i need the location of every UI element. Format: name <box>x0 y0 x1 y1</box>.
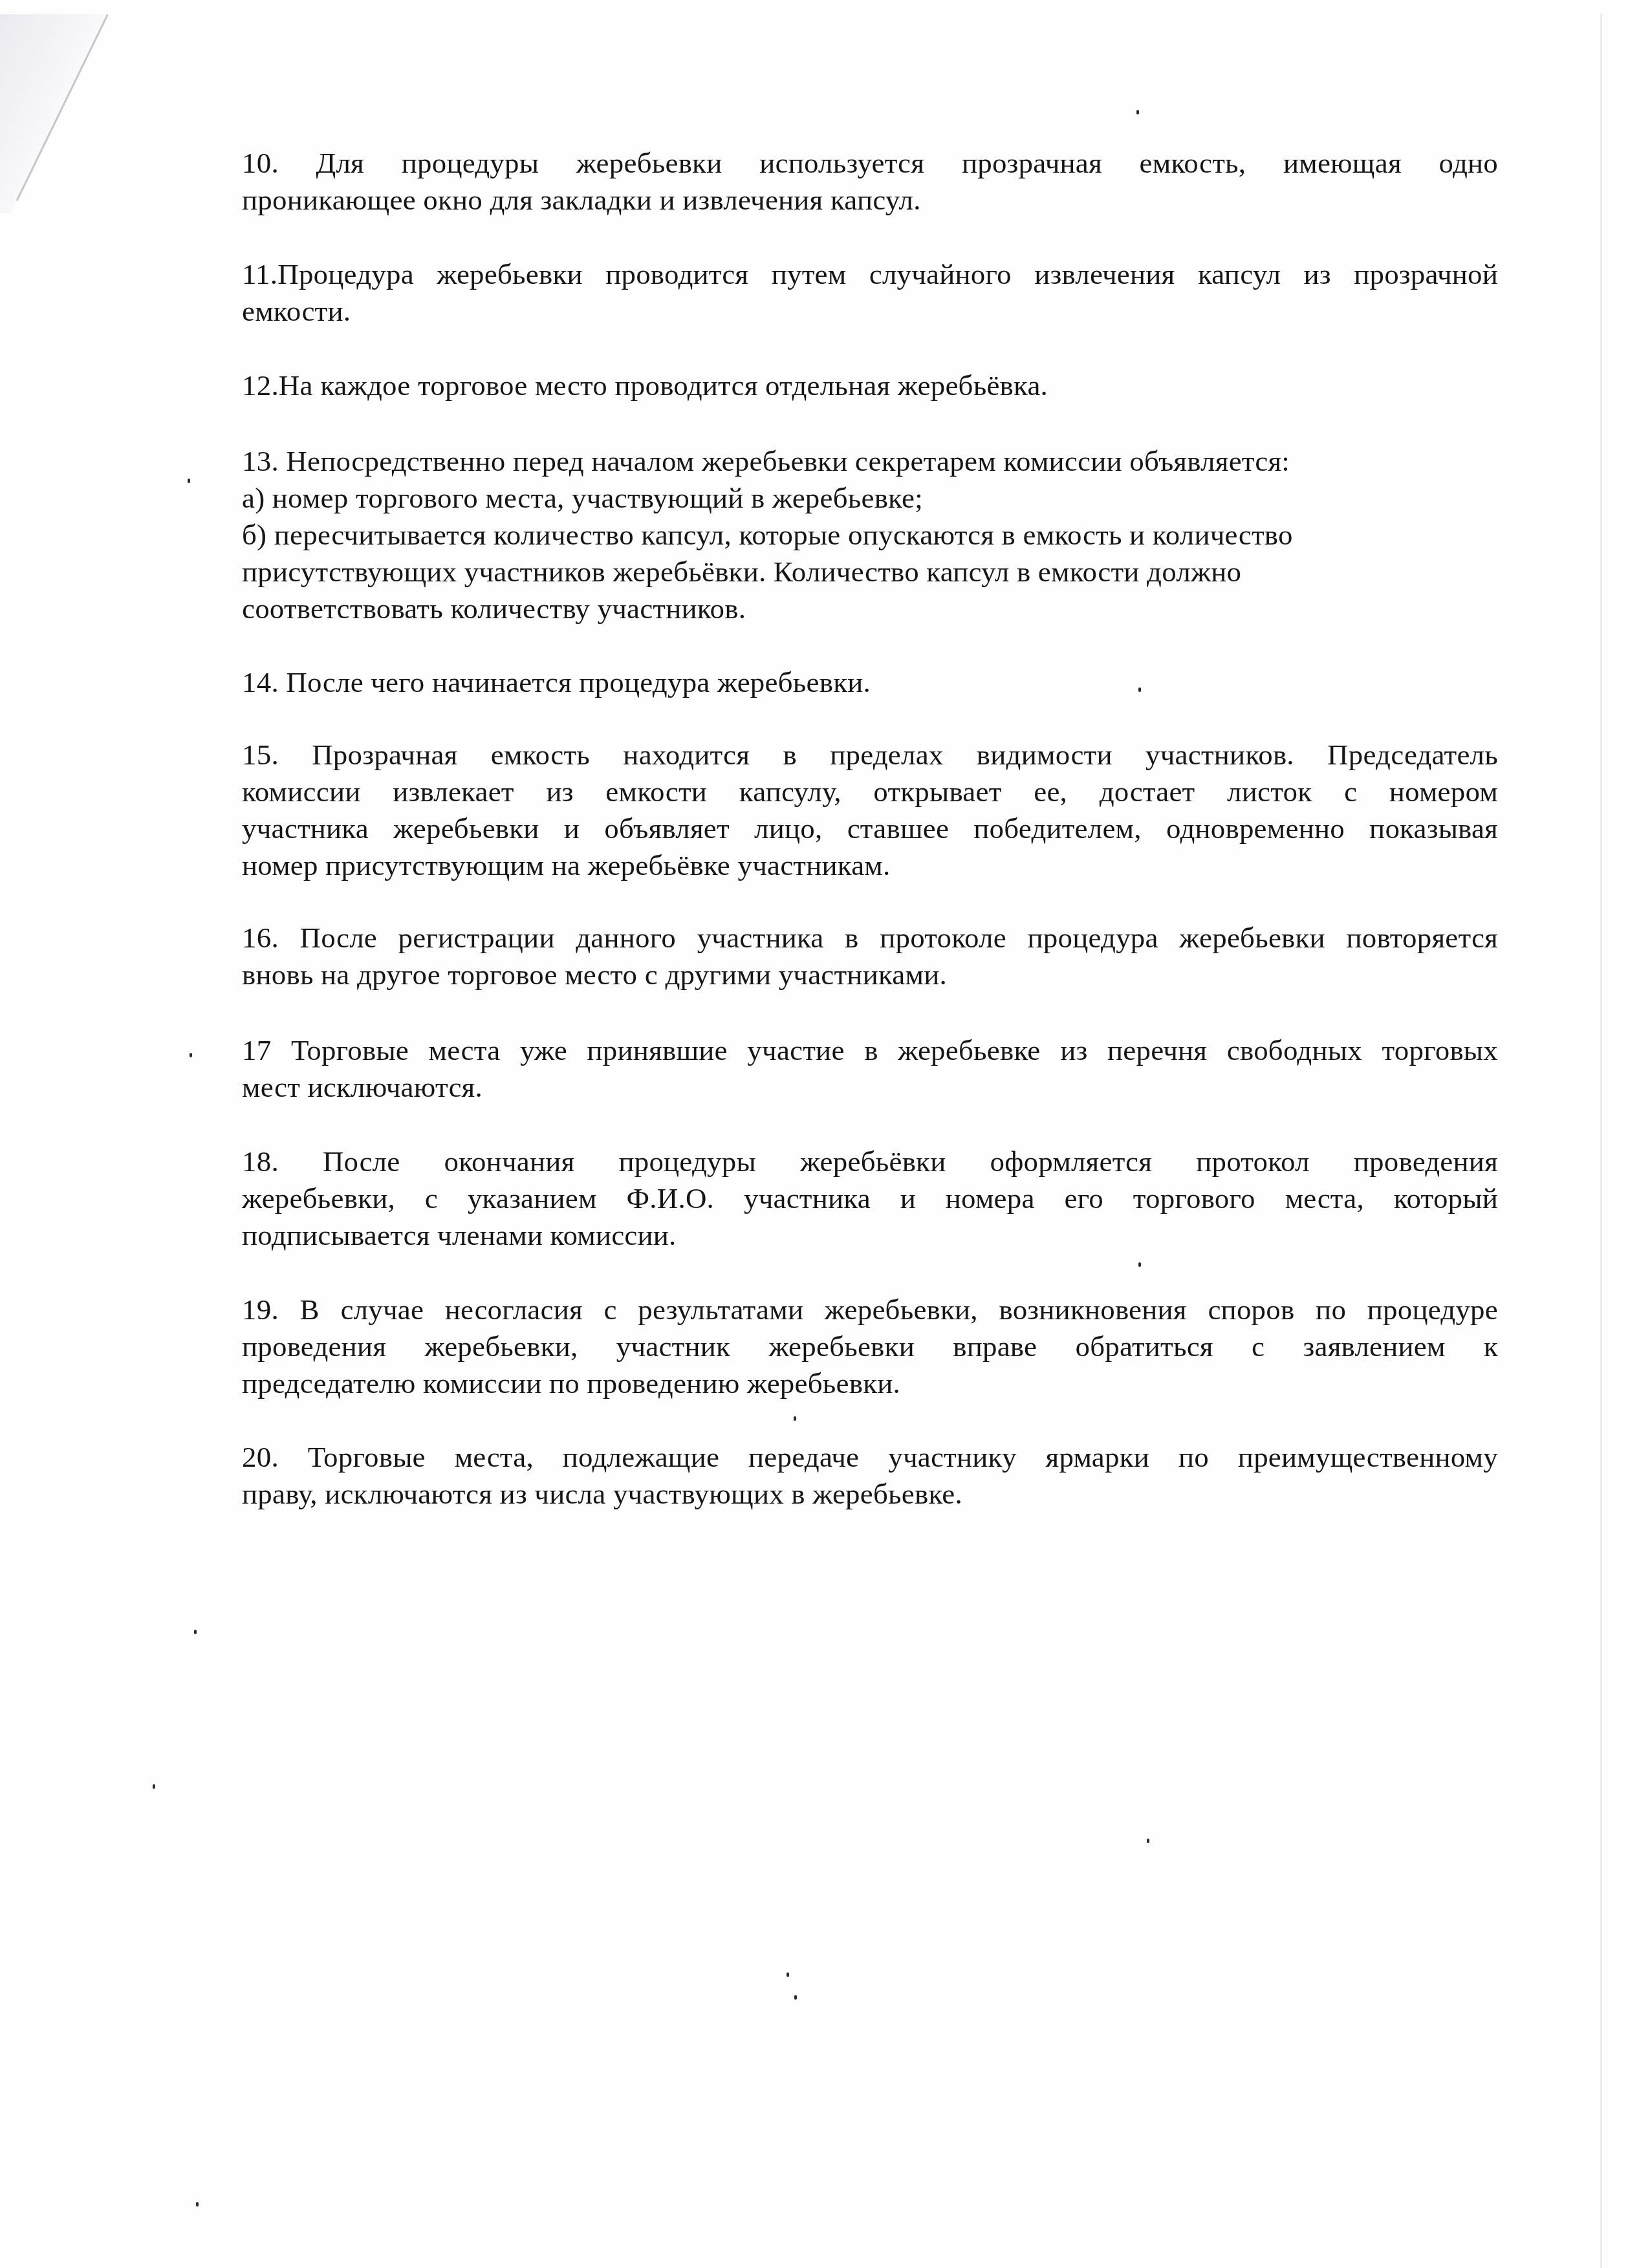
paragraph-18: 18. После окончания процедуры жеребьёвки… <box>242 1143 1498 1254</box>
paragraph-subitem-b: б) пересчитывается количество капсул, ко… <box>242 517 1498 554</box>
paragraph-line: комиссии извлекает из емкости капсулу, о… <box>242 773 1498 810</box>
paragraph-19: 19. В случае несогласия с результатами ж… <box>242 1291 1498 1402</box>
paragraph-15: 15. Прозрачная емкость находится в преде… <box>242 737 1498 884</box>
paragraph-line: 18. После окончания процедуры жеребьёвки… <box>242 1143 1498 1180</box>
paragraph-line: 17 Торговые места уже принявшие участие … <box>242 1032 1498 1069</box>
paragraph-line: 10. Для процедуры жеребьевки используетс… <box>242 145 1498 182</box>
scan-speck <box>190 1053 192 1057</box>
paragraph-line: председателю комиссии по проведению жере… <box>242 1365 1498 1402</box>
paragraph-line: мест исключаются. <box>242 1069 1498 1106</box>
paragraph-16: 16. После регистрации данного участника … <box>242 920 1498 993</box>
scan-speck <box>794 1995 797 2000</box>
scan-speck <box>1138 1262 1141 1267</box>
paragraph-line: номер присутствующим на жеребьёвке участ… <box>242 847 1498 884</box>
paragraph-11: 11.Процедура жеребьевки проводится путем… <box>242 256 1498 330</box>
scan-speck <box>194 1630 197 1634</box>
paragraph-line: 19. В случае несогласия с результатами ж… <box>242 1291 1498 1328</box>
paragraph-line: участника жеребьевки и объявляет лицо, с… <box>242 810 1498 847</box>
scan-fold-shadow <box>0 0 129 220</box>
scan-speck <box>787 1972 789 1977</box>
paragraph-line: присутствующих участников жеребьёвки. Ко… <box>242 554 1498 590</box>
paragraph-14: 14. После чего начинается процедура жере… <box>242 664 1498 701</box>
scan-speck <box>153 1784 155 1789</box>
paragraph-line: 16. После регистрации данного участника … <box>242 920 1498 956</box>
paragraph-line: проведения жеребьевки, участник жеребьев… <box>242 1328 1498 1365</box>
scan-speck <box>188 479 190 483</box>
scan-speck <box>794 1416 796 1421</box>
paragraph-line: проникающее окно для закладки и извлечен… <box>242 182 1498 219</box>
scan-right-edge <box>1600 13 1602 2268</box>
paragraph-line: подписывается членами комиссии. <box>242 1217 1498 1254</box>
scan-speck <box>1147 1839 1149 1843</box>
paragraph-line: 13. Непосредственно перед началом жеребь… <box>242 443 1498 480</box>
paragraph-10: 10. Для процедуры жеребьевки используетс… <box>242 145 1498 219</box>
paragraph-line: праву, исключаются из числа участвующих … <box>242 1476 1498 1513</box>
scan-speck <box>1138 687 1141 692</box>
paragraph-line: 14. После чего начинается процедура жере… <box>242 664 1498 701</box>
paragraph-line: жеребьевки, с указанием Ф.И.О. участника… <box>242 1180 1498 1217</box>
paragraph-line: 12.На каждое торговое место проводится о… <box>242 367 1498 404</box>
paragraph-12: 12.На каждое торговое место проводится о… <box>242 367 1498 404</box>
paragraph-13: 13. Непосредственно перед началом жеребь… <box>242 443 1498 627</box>
paragraph-20: 20. Торговые места, подлежащие передаче … <box>242 1439 1498 1513</box>
paragraph-line: вновь на другое торговое место с другими… <box>242 956 1498 993</box>
scan-speck <box>1136 110 1139 114</box>
paragraph-17: 17 Торговые места уже принявшие участие … <box>242 1032 1498 1106</box>
scan-speck <box>196 2202 199 2207</box>
paragraph-line: 20. Торговые места, подлежащие передаче … <box>242 1439 1498 1476</box>
paragraph-line: емкости. <box>242 293 1498 330</box>
scanned-page: 10. Для процедуры жеребьевки используетс… <box>0 0 1650 2268</box>
paragraph-subitem-a: а) номер торгового места, участвующий в … <box>242 480 1498 517</box>
paragraph-line: 15. Прозрачная емкость находится в преде… <box>242 737 1498 773</box>
paragraph-line: 11.Процедура жеребьевки проводится путем… <box>242 256 1498 293</box>
paragraph-line: соответствовать количеству участников. <box>242 590 1498 627</box>
